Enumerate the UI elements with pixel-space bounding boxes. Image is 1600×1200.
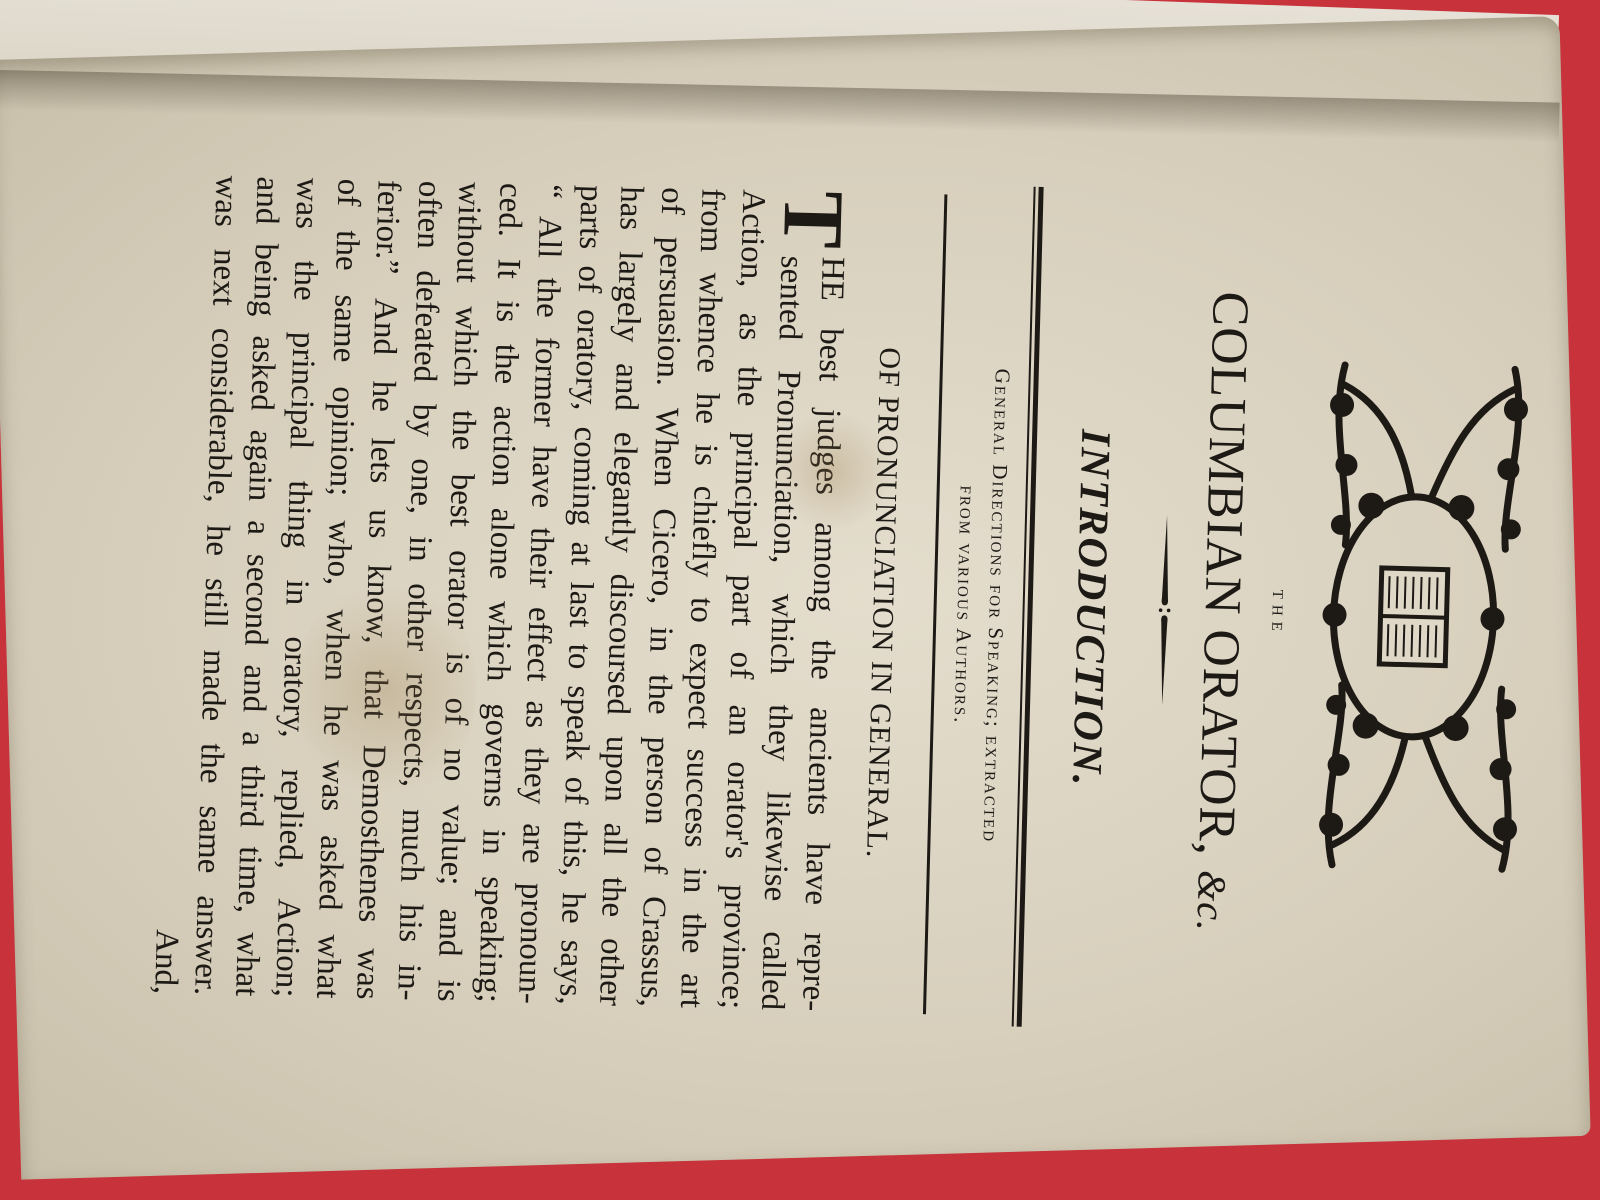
body-paragraph: T HE best judges among the ancients have… bbox=[185, 175, 854, 1012]
open-book-icon bbox=[1379, 568, 1447, 666]
section-heading-pronunciation: OF PRONUNCIATION IN GENERAL. bbox=[854, 163, 911, 1044]
ornamental-divider-icon bbox=[1143, 170, 1186, 1050]
printed-page-content: THE COLUMBIAN ORATOR, &c. INTRODUCTION. … bbox=[187, 145, 1540, 1060]
floral-wreath-ornament-icon bbox=[1311, 344, 1535, 889]
book-title: COLUMBIAN ORATOR, &c. bbox=[1181, 171, 1263, 1052]
book-title-text: COLUMBIAN ORATOR, bbox=[1187, 291, 1259, 857]
section-heading-introduction: INTRODUCTION. bbox=[1055, 168, 1126, 1049]
pre-title: THE bbox=[1256, 173, 1296, 1053]
drop-cap: T bbox=[775, 190, 852, 249]
subtitle: General Directions for Speaking; extract… bbox=[938, 185, 1024, 1026]
title-suffix: &c. bbox=[1188, 870, 1235, 933]
